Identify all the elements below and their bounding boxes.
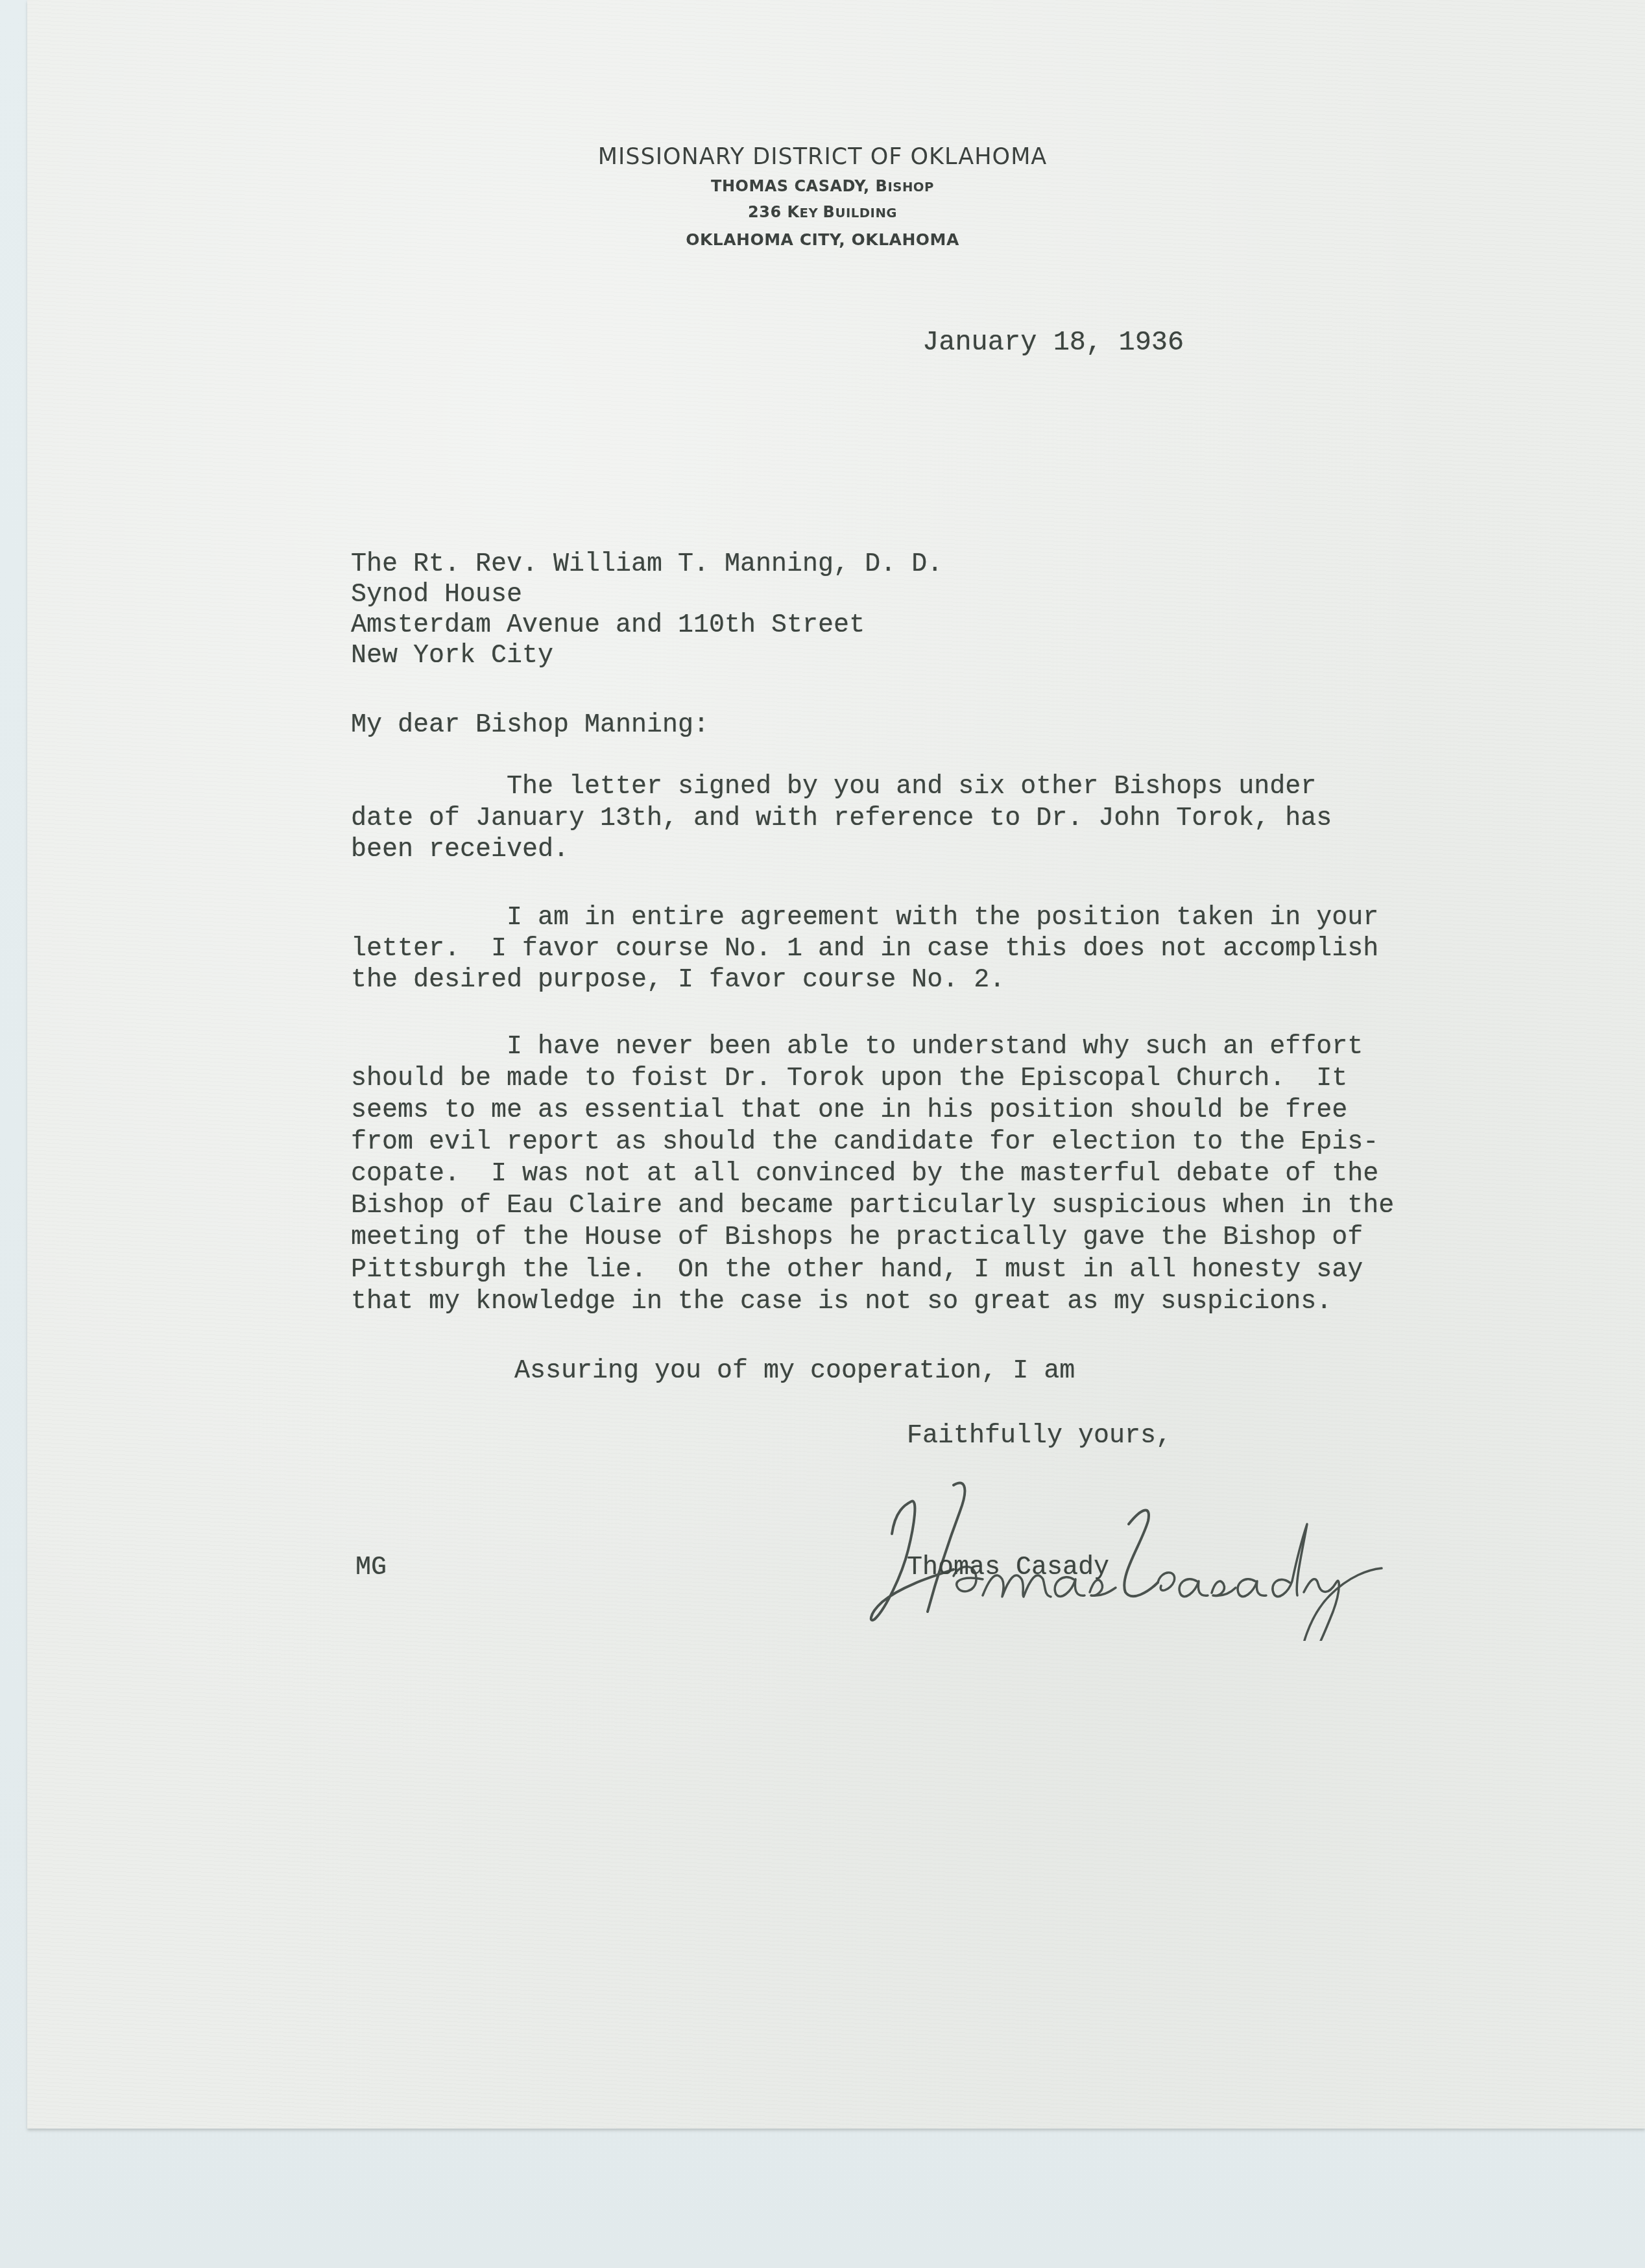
- typist-initials: MG: [355, 1555, 387, 1581]
- body-line: seems to me as essential that one in his…: [351, 1098, 1347, 1124]
- body-line: been received.: [351, 837, 569, 863]
- typed-signer-name: Thomas Casady: [907, 1555, 1109, 1581]
- letterhead-address-uilding: UILDING: [835, 206, 897, 221]
- body-line: I have never been able to understand why…: [351, 1034, 1363, 1060]
- recipient-line: The Rt. Rev. William T. Manning, D. D.: [351, 552, 943, 578]
- letter-date: January 18, 1936: [922, 329, 1184, 356]
- letterhead-address: 236 KEY BUILDING: [0, 203, 1645, 221]
- letterhead-bishop-name: THOMAS CASADY: [711, 177, 863, 195]
- body-line: I am in entire agreement with the positi…: [351, 905, 1378, 931]
- letterhead-organization: MISSIONARY DISTRICT OF OKLAHOMA: [0, 144, 1645, 170]
- letterhead-address-number: 236: [748, 203, 787, 221]
- recipient-line: Synod House: [351, 582, 522, 608]
- body-line: letter. I favor course No. 1 and in case…: [351, 937, 1378, 962]
- body-line: Pittsburgh the lie. On the other hand, I…: [351, 1258, 1363, 1283]
- letterhead-title-rest: ISHOP: [887, 180, 934, 195]
- letterhead-title-initial: B: [876, 177, 888, 195]
- body-line: should be made to foist Dr. Torok upon t…: [351, 1066, 1347, 1092]
- valediction: Faithfully yours,: [907, 1424, 1171, 1450]
- body-line: The letter signed by you and six other B…: [351, 774, 1316, 800]
- closing-line: Assuring you of my cooperation, I am: [514, 1359, 1075, 1385]
- letterhead-city: OKLAHOMA CITY, OKLAHOMA: [0, 230, 1645, 249]
- body-line: from evil report as should the candidate…: [351, 1130, 1378, 1156]
- letterhead-comma: ,: [863, 177, 875, 195]
- recipient-line: New York City: [351, 643, 553, 669]
- body-line: Bishop of Eau Claire and became particul…: [351, 1193, 1394, 1219]
- body-line: that my knowledge in the case is not so …: [351, 1289, 1332, 1315]
- letterhead-address-k: K: [787, 203, 799, 221]
- body-line: copate. I was not at all convinced by th…: [351, 1162, 1378, 1188]
- body-line: the desired purpose, I favor course No. …: [351, 968, 1005, 994]
- letterhead-bishop: THOMAS CASADY, BISHOP: [0, 177, 1645, 195]
- salutation: My dear Bishop Manning:: [351, 713, 709, 739]
- letterhead-address-b: B: [823, 203, 835, 221]
- body-line: meeting of the House of Bishops he pract…: [351, 1225, 1363, 1251]
- letterhead-address-ey: EY: [800, 206, 823, 221]
- recipient-line: Amsterdam Avenue and 110th Street: [351, 613, 865, 639]
- body-line: date of January 13th, and with reference…: [351, 806, 1332, 832]
